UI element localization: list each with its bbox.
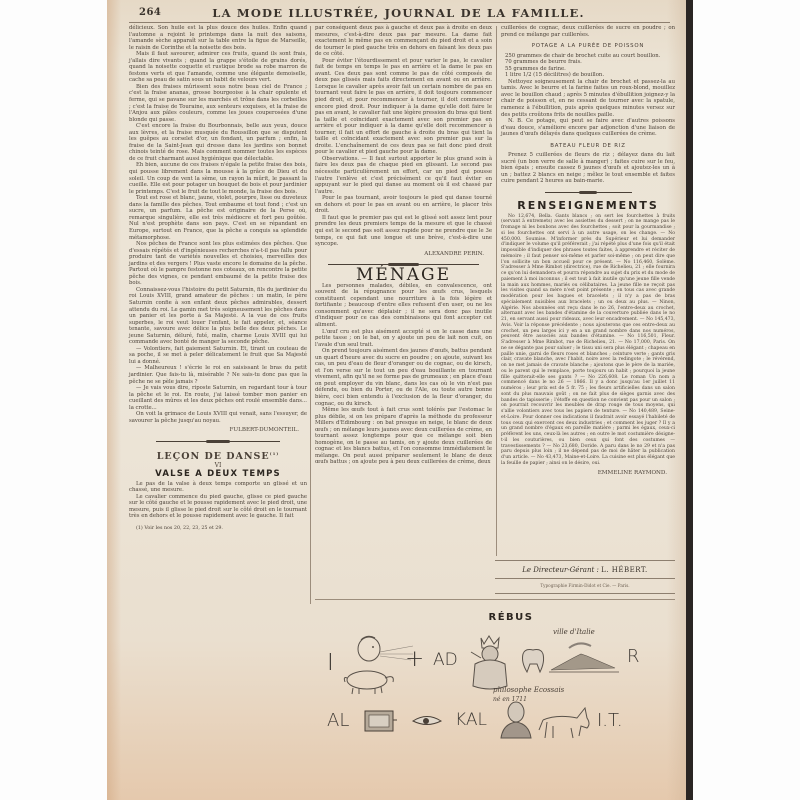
paragraph: Tout est rose et blanc, jaune, violet, p… [129, 195, 307, 241]
box-with-crank-icon [363, 708, 399, 734]
column-2: par conséquent deux pas à gauche et deux… [315, 25, 492, 466]
menage-heading: MÉNAGE [315, 272, 492, 279]
rebus-kal: KAL [455, 710, 487, 730]
background-margin [690, 0, 800, 800]
valse-heading: VALSE A DEUX TEMPS [129, 471, 307, 478]
recipe-bateau: Prenez 5 cuillerées de fleurs de riz ; d… [501, 152, 675, 185]
journal-title: LA MODE ILLUSTRÉE, JOURNAL DE LA FAMILLE… [121, 6, 676, 20]
footnote-mark: (1) [270, 451, 280, 456]
paragraph: Bien des fraises mûrissent sous notre be… [129, 84, 307, 123]
article-fruits: délicieux. Son huile est la plus douce d… [129, 25, 307, 424]
article-menage: Les personnes malades, débiles, en conva… [315, 283, 492, 466]
page-edge-shadow [686, 0, 693, 800]
ingredient-list: 250 grammes de chair de brochet cuite au… [501, 53, 675, 79]
lecon-title: LEÇON DE DANSE [157, 451, 270, 462]
signature-perin: ALEXANDRE PERIN. [315, 251, 484, 258]
recipe-potage: Nettoyez soigneusement la chair de broch… [501, 79, 675, 138]
paragraph: Nos pêches de France sont les plus estim… [129, 241, 307, 287]
editor-label: Le Directeur-Gérant : [522, 566, 599, 574]
rebus-al: AL [327, 710, 349, 731]
menage-continued: cuillerées de cognac, deux cuillerées de… [501, 25, 675, 38]
editor-line: Le Directeur-Gérant : L. HÉBERT. [495, 561, 675, 578]
paragraph: — Volontiers, fait gaiement Saturnin. Et… [129, 346, 307, 366]
rebus-r: R [627, 646, 640, 667]
article-valse-continued: par conséquent deux pas à gauche et deux… [315, 25, 492, 248]
article-valse: Le pas de la valse à deux temps comporte… [129, 481, 307, 520]
paragraph: Les personnes malades, débiles, en conva… [315, 283, 492, 329]
signature-raymond: EMMELINE RAYMOND. [501, 470, 667, 477]
header-rule [129, 22, 670, 23]
rule [495, 593, 675, 594]
column-divider [496, 26, 497, 556]
rebus-plus: + [405, 646, 424, 672]
renseignements-heading: RENSEIGNEMENTS [501, 203, 675, 210]
paragraph: — Je vais vous dire, riposte Saturnin, e… [129, 385, 307, 411]
ornament-divider [328, 260, 478, 269]
philosopher-portrait-icon [497, 700, 535, 740]
printer-line: Typographie Firmin-Didot et Cie. — Paris… [495, 579, 675, 593]
paragraph: No 12,674, Bella. Gants blancs ; on sert… [501, 214, 675, 467]
paragraph: — Malheureux ! s'écrie le roi en saisiss… [129, 365, 307, 385]
lecon-heading: LEÇON DE DANSE(1) [129, 451, 307, 461]
rebus-ad: AD [433, 650, 458, 670]
section-rule [315, 599, 675, 600]
pig-icon [339, 666, 401, 696]
paragraph: C'est encore la fraise du Bourbonnais, b… [129, 123, 307, 162]
paragraph: délicieux. Son huile est la plus douce d… [129, 25, 307, 51]
editor-name: L. HÉBERT. [601, 566, 648, 574]
recipe-title-potage: POTAGE A LA PURÉE DE POISSON [501, 43, 675, 50]
rebus-letter-i: I [327, 650, 334, 676]
paragraph: L'œuf cru est plus aisément accepté si o… [315, 329, 492, 349]
paragraph: Il faut que le premier pas qui est le gl… [315, 215, 492, 248]
paragraph: N. B. Ce potage, qui peut se faire avec … [501, 118, 675, 138]
paragraph: Connaissez-vous l'histoire du petit Satu… [129, 287, 307, 346]
volcano-icon [549, 640, 619, 676]
paragraph: Eh bien, aucune de ces fraises n'égale l… [129, 162, 307, 195]
paragraph: On voit la grimace de Louis XVIII qui ve… [129, 411, 307, 424]
colophon: Le Directeur-Gérant : L. HÉBERT. Typogra… [495, 560, 675, 594]
rebus-puzzle: I + AD ville d'Italie [327, 630, 687, 780]
column-3: cuillerées de cognac, deux cuillerées de… [501, 25, 675, 476]
paragraph: Pour éviter l'étourdissement et pour var… [315, 58, 492, 156]
paragraph: Même les œufs tout à fait crus sont tolé… [315, 407, 492, 466]
paragraph: Pour le pas tournant, avoir toujours le … [315, 195, 492, 215]
paragraph: Prenez 5 cuillerées de fleurs de riz ; d… [501, 152, 675, 185]
column-divider [310, 26, 311, 604]
tooth-icon [519, 646, 547, 676]
eye-icon [411, 714, 445, 728]
magazine-page: 264 LA MODE ILLUSTRÉE, JOURNAL DE LA FAM… [107, 0, 688, 800]
paragraph: Le cavalier commence du pied gauche, gli… [129, 494, 307, 520]
page-header: 264 LA MODE ILLUSTRÉE, JOURNAL DE LA FAM… [121, 4, 676, 20]
paragraph: Nettoyez soigneusement la chair de broch… [501, 79, 675, 118]
paragraph: Observations. — Il faut surtout apporter… [315, 156, 492, 195]
caption-philosophe: philosophe Ecossais [493, 686, 564, 694]
donkey-icon [537, 704, 595, 744]
ornament-divider [156, 437, 281, 446]
paragraph: On prend toujours aisément des jaunes d'… [315, 348, 492, 407]
paragraph: par conséquent deux pas à gauche et deux… [315, 25, 492, 58]
column-1: délicieux. Son huile est la plus douce d… [129, 25, 307, 533]
rebus-it: I.T. [597, 710, 623, 731]
paragraph: Mais il faut savourer, admirer ces fruit… [129, 51, 307, 84]
renseignements-body: No 12,674, Bella. Gants blancs ; on sert… [501, 214, 675, 467]
signature-fulbert: FULBERT-DUMONTEIL. [129, 427, 299, 434]
footnote: (1) Voir les nos 20, 22, 23, 25 et 29. [129, 526, 307, 533]
caption-ville: ville d'Italie [553, 628, 595, 636]
recipe-title-bateau: BATEAU FLEUR DE RIZ [501, 143, 675, 150]
paragraph: Le pas de la valse à deux temps comporte… [129, 481, 307, 494]
rebus-title: RÉBUS [451, 612, 571, 623]
ornament-divider [545, 188, 632, 197]
